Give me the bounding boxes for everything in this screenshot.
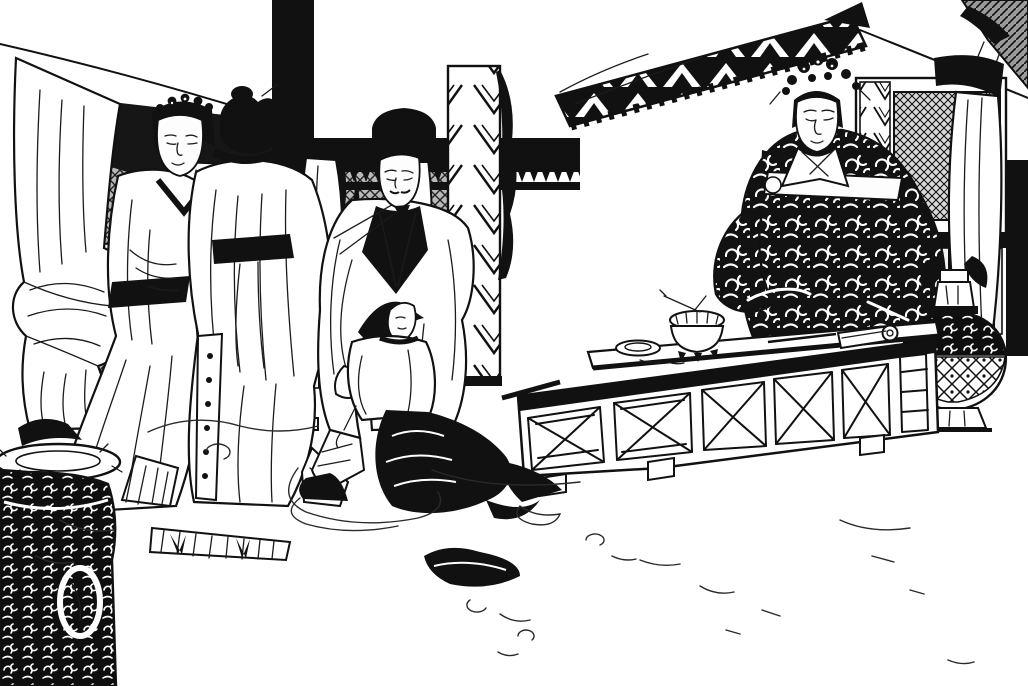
empress-hand <box>765 177 781 193</box>
dish <box>616 341 660 356</box>
bronze-vessel <box>0 419 122 686</box>
official-cap <box>372 108 436 156</box>
illustration-frame: Ink-brush court scene illustration <box>0 0 1028 686</box>
ink-illustration: Ink-brush court scene illustration <box>0 0 1028 686</box>
lady-back-hair <box>220 95 279 154</box>
empress-face <box>796 97 838 152</box>
